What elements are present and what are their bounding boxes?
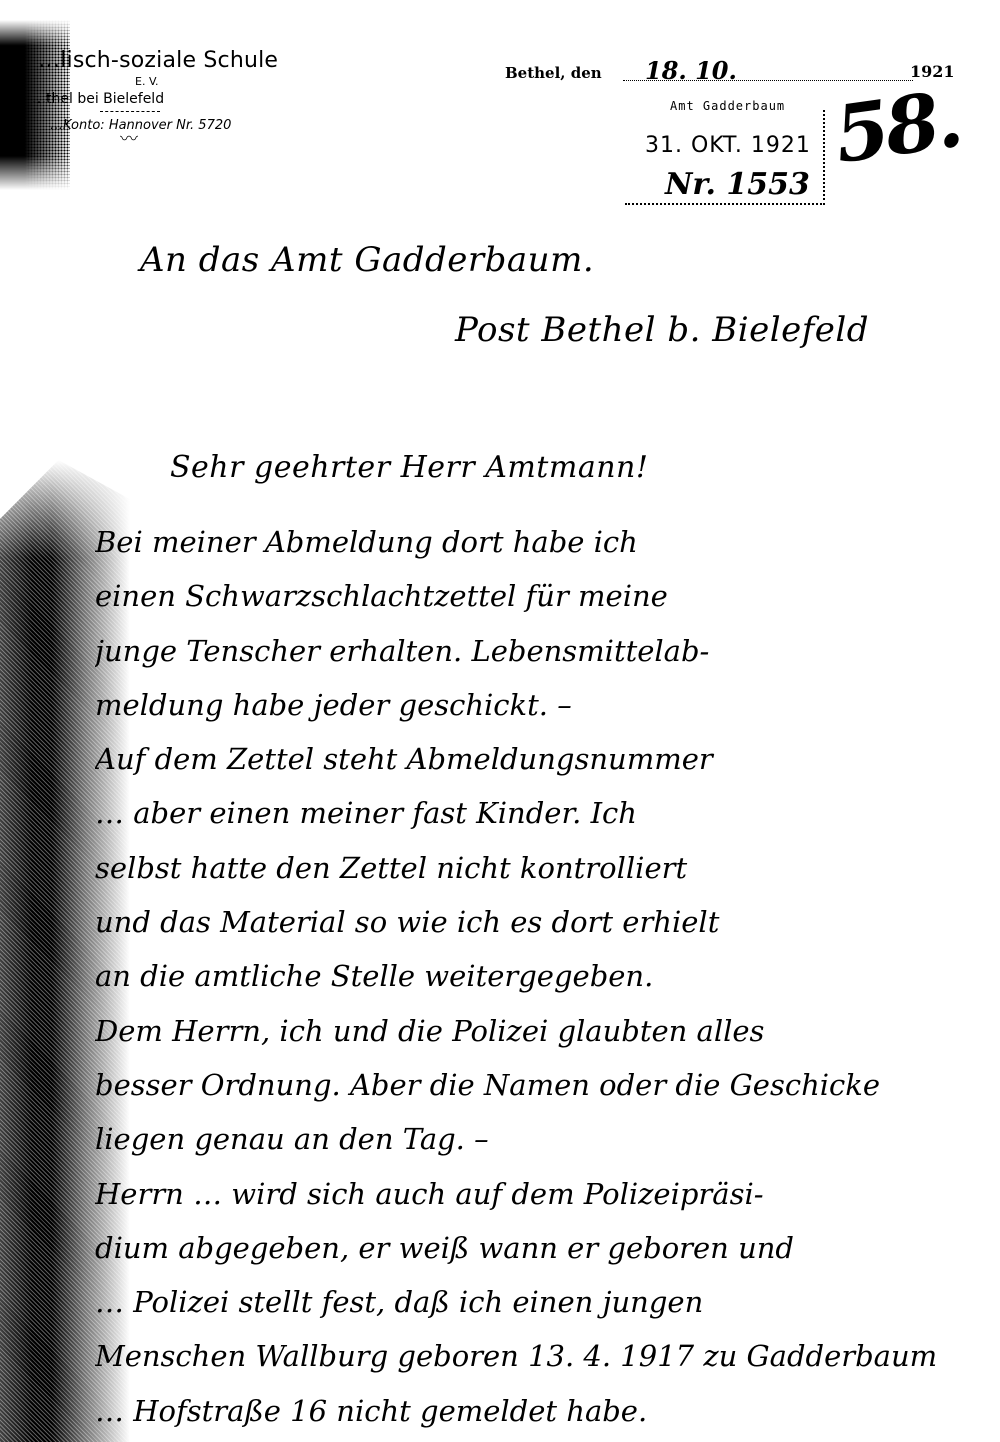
- stamp-border: [823, 110, 825, 200]
- stamp-journal-number: Nr. 1553: [665, 167, 810, 202]
- dateline-prefix: Bethel, den: [505, 64, 602, 82]
- letter-line: einen Schwarzschlachtzettel für meine: [95, 569, 975, 623]
- letter-line: Dem Herrn, ich und die Polizei glaubten …: [95, 1004, 975, 1058]
- letter-line: an die amtliche Stelle weitergegeben.: [95, 949, 975, 1003]
- letterhead-account: …Konto: Hannover Nr. 5720: [50, 118, 330, 133]
- file-number: 58.: [829, 74, 964, 181]
- letter-line: … Hofstraße 16 nicht gemeldet habe.: [95, 1384, 975, 1438]
- receipt-stamp: Amt Gadderbaum 31. OKT. 1921 Nr. 1553: [625, 95, 825, 205]
- stamp-office-text: Amt Gadderbaum: [670, 99, 785, 113]
- stamp-received-date: 31. OKT. 1921: [645, 133, 811, 158]
- letterhead-place: …thel bei Bielefeld: [32, 91, 330, 107]
- scanned-letter-page: …lisch-soziale Schule E. V. …thel bei Bi…: [0, 0, 1000, 1442]
- letter-line: Menschen Wallburg geboren 13. 4. 1917 zu…: [95, 1329, 975, 1383]
- flourish-icon: 〰: [120, 133, 330, 147]
- letter-line: Herrn … wird sich auch auf dem Polizeipr…: [95, 1167, 975, 1221]
- address-line-1: An das Amt Gadderbaum.: [140, 240, 594, 280]
- letter-line: junge Tenscher erhalten. Lebensmittelab-: [95, 624, 975, 678]
- address-line-2: Post Bethel b. Bielefeld: [455, 310, 869, 350]
- letterhead: …lisch-soziale Schule E. V. …thel bei Bi…: [30, 48, 330, 147]
- letter-line: Auf dem Zettel steht Abmeldungsnummer: [95, 732, 975, 786]
- letterhead-divider: [100, 111, 160, 112]
- letter-line: besser Ordnung. Aber die Namen oder die …: [95, 1058, 975, 1112]
- letter-line: … Polizei stellt fest, daß ich einen jun…: [95, 1275, 975, 1329]
- letter-body: Bei meiner Abmeldung dort habe ich einen…: [95, 515, 975, 1438]
- letterhead-institution: …lisch-soziale Schule: [38, 48, 330, 73]
- letter-line: … aber einen meiner fast Kinder. Ich: [95, 786, 975, 840]
- letterhead-legal-form: E. V.: [135, 75, 330, 88]
- letter-line: liegen genau an den Tag. –: [95, 1112, 975, 1166]
- dateline-handwritten-date: 18. 10.: [645, 56, 737, 85]
- letter-line: meldung habe jeder geschickt. –: [95, 678, 975, 732]
- stamp-border: [625, 203, 825, 205]
- salutation: Sehr geehrter Herr Amtmann!: [170, 450, 648, 485]
- letter-line: Bei meiner Abmeldung dort habe ich: [95, 515, 975, 569]
- letter-line: dium abgegeben, er weiß wann er geboren …: [95, 1221, 975, 1275]
- letter-line: und das Material so wie ich es dort erhi…: [95, 895, 975, 949]
- letter-line: selbst hatte den Zettel nicht kontrollie…: [95, 841, 975, 895]
